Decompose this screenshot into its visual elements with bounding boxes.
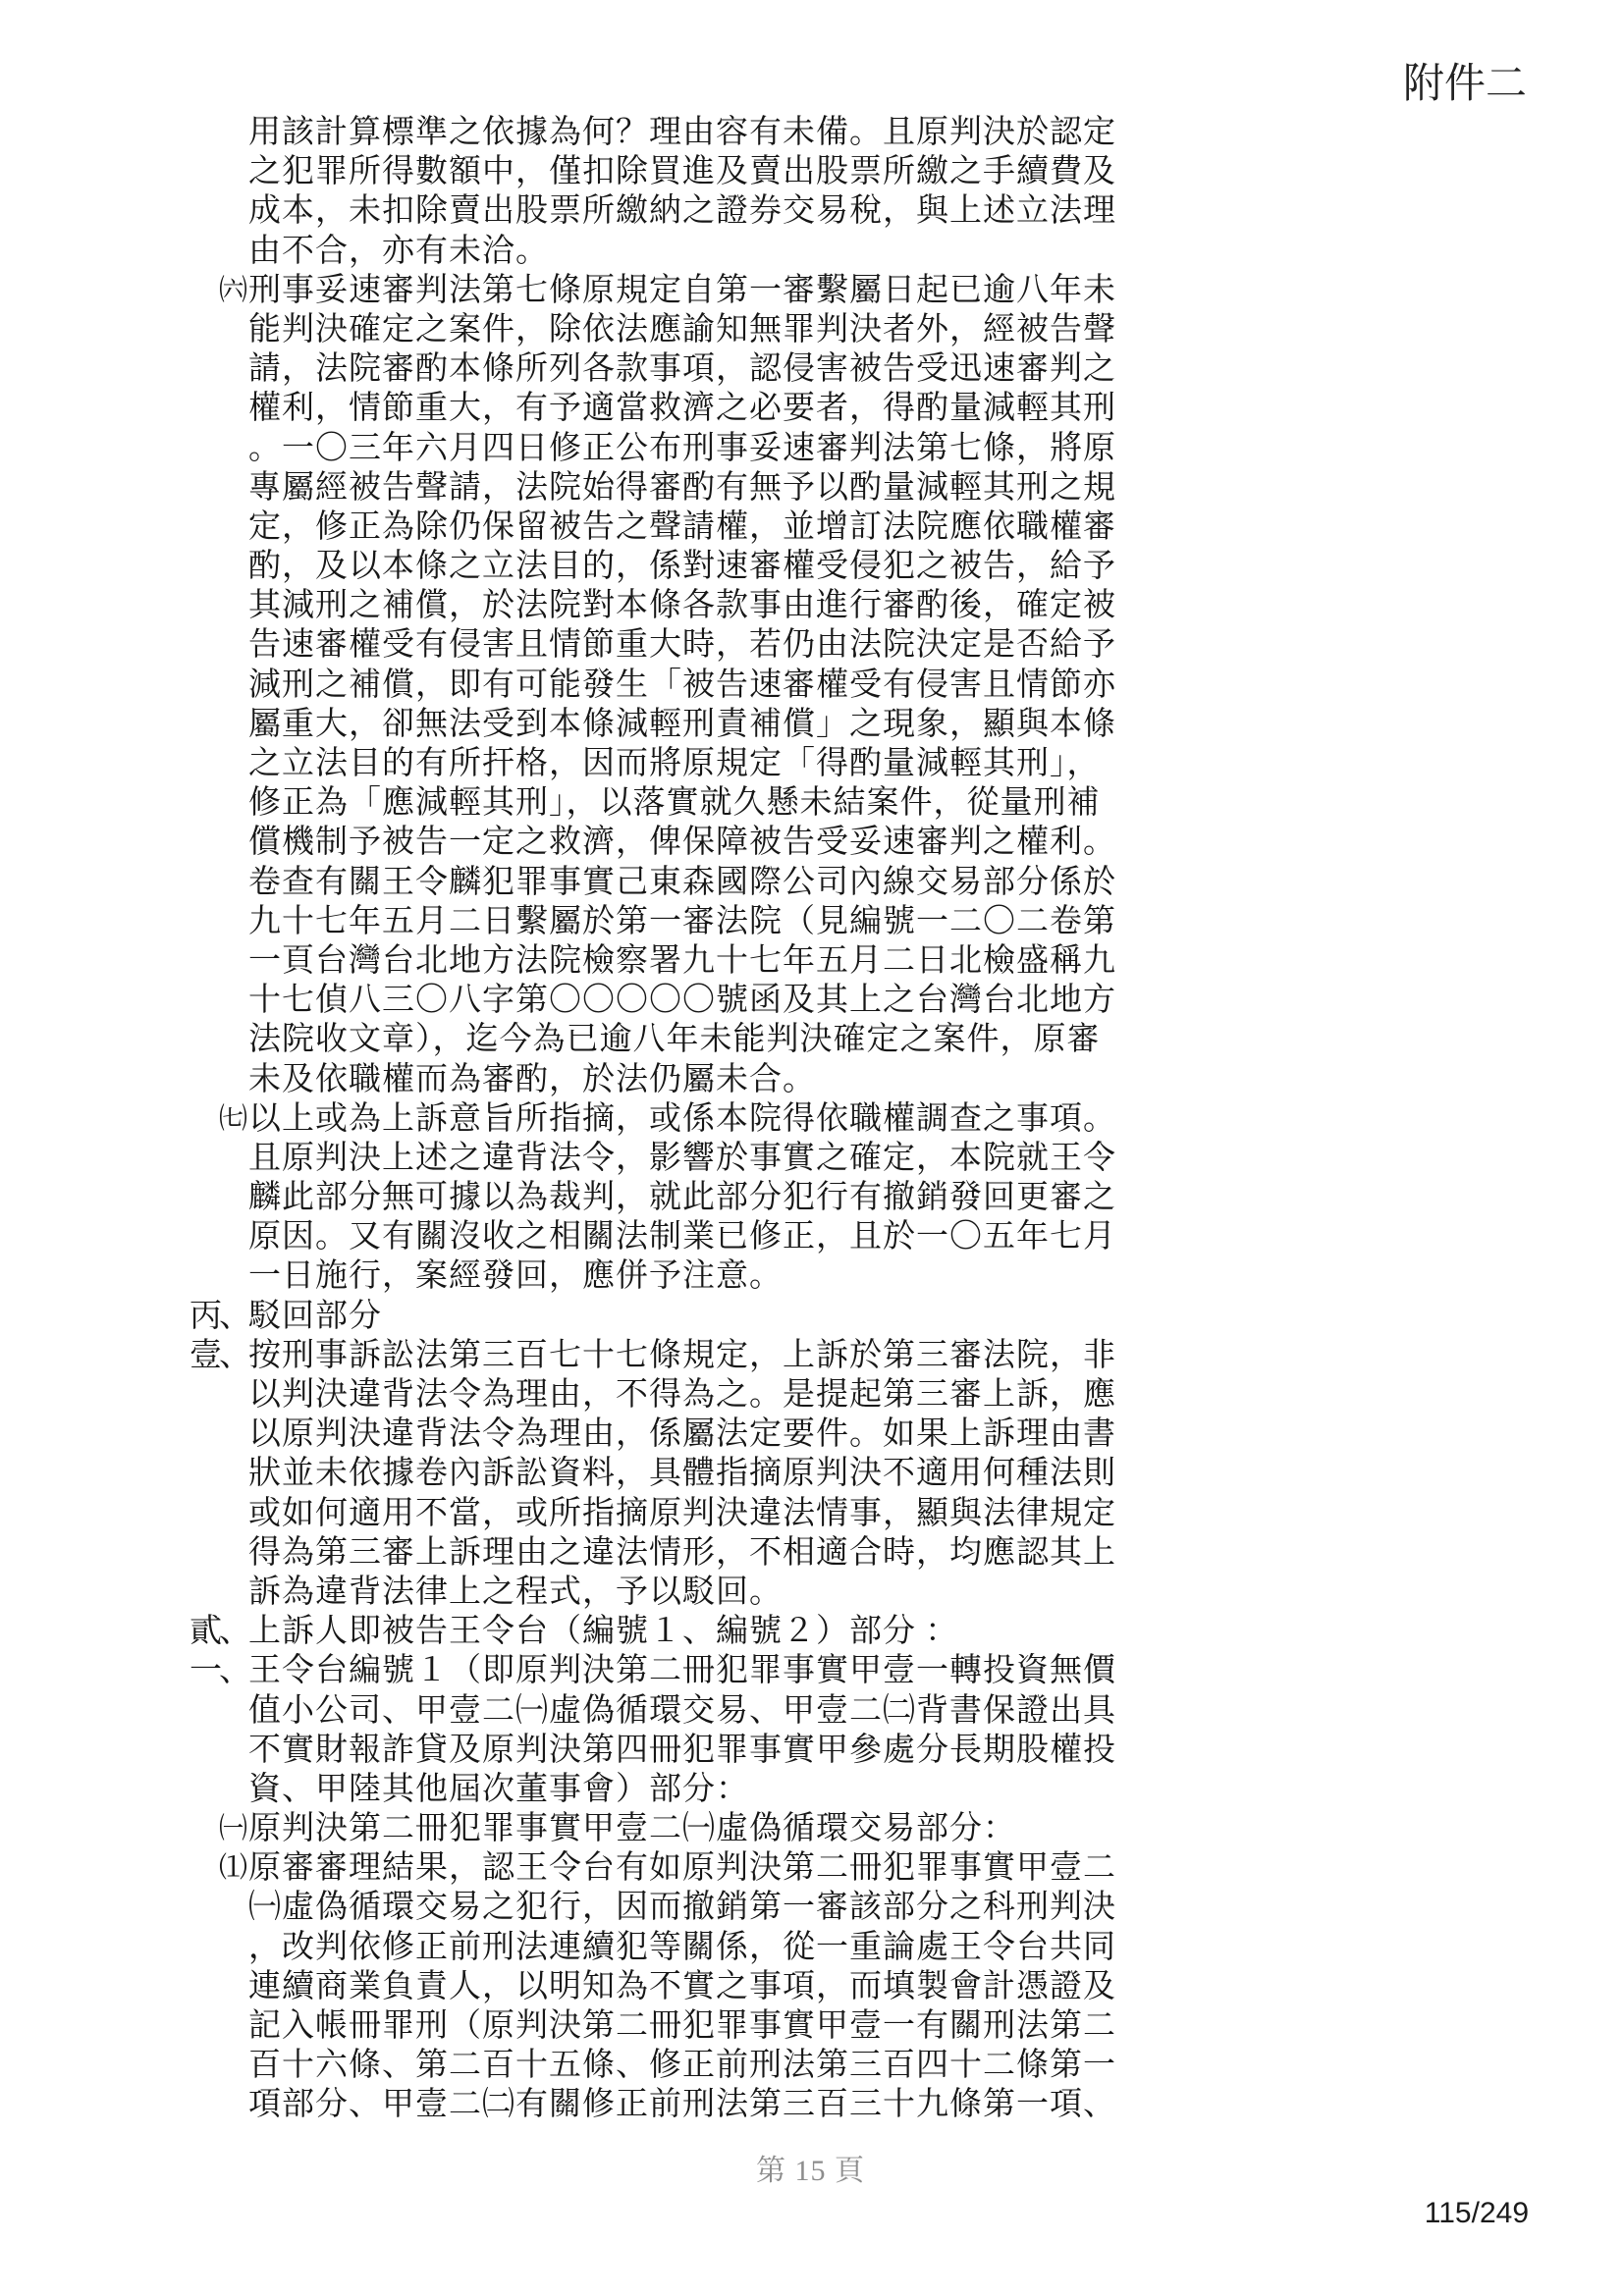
- text-line: 未及依職權而為審酌，於法仍屬未合。: [0, 1060, 1623, 1099]
- text-line: 修正為「應減輕其刑」，以落實就久懸未結案件，從量刑補: [0, 783, 1623, 823]
- text-line: ⑴原審審理結果，認王令台有如原判決第二冊犯罪事實甲壹二: [0, 1848, 1623, 1888]
- line-text: 以上或為上訴意旨所指摘，或係本院得依職權調查之事項。: [248, 1099, 1116, 1139]
- line-text: 用該計算標準之依據為何？理由容有未備。且原判決於認定: [248, 113, 1116, 152]
- line-text: 之立法目的有所扞格，因而將原規定「得酌量減輕其刑」，: [248, 744, 1101, 783]
- line-text: ，改判依修正前刑法連續犯等關係，從一重論處王令台共同: [248, 1928, 1116, 1967]
- text-line: 卷查有關王令麟犯罪事實己東森國際公司內線交易部分係於: [0, 863, 1623, 902]
- list-marker: 丙、: [189, 1297, 248, 1336]
- text-line: ㈥刑事妥速審判法第七條原規定自第一審繫屬日起已逾八年未: [0, 271, 1623, 310]
- text-line: ，改判依修正前刑法連續犯等關係，從一重論處王令台共同: [0, 1928, 1623, 1967]
- text-line: 項部分、甲壹二㈡有關修正前刑法第三百三十九條第一項、: [0, 2085, 1623, 2124]
- line-text: 或如何適用不當，或所指摘原判決違法情事，顯與法律規定: [248, 1494, 1116, 1533]
- list-marker: 貳、: [189, 1612, 248, 1651]
- line-text: 告速審權受有侵害且情節重大時，若仍由法院決定是否給予: [248, 625, 1116, 665]
- line-text: 連續商業負責人，以明知為不實之事項，而填製會計憑證及: [248, 1967, 1116, 2006]
- line-text: 。一〇三年六月四日修正公布刑事妥速審判法第七條，將原: [248, 429, 1116, 468]
- line-text: 一日施行，案經發回，應併予注意。: [248, 1256, 783, 1296]
- line-text: 刑事妥速審判法第七條原規定自第一審繫屬日起已逾八年未: [248, 271, 1116, 310]
- text-line: ㈠原判決第二冊犯罪事實甲壹二㈠虛偽循環交易部分：: [0, 1809, 1623, 1848]
- text-line: 專屬經被告聲請，法院始得審酌有無予以酌量減輕其刑之規: [0, 468, 1623, 507]
- line-text: 訴為違背法律上之程式，予以駁回。: [248, 1573, 783, 1612]
- text-line: 一頁台灣台北地方法院檢察署九十七年五月二日北檢盛稱九: [0, 941, 1623, 981]
- line-text: 專屬經被告聲請，法院始得審酌有無予以酌量減輕其刑之規: [248, 468, 1116, 507]
- text-line: 其減刑之補償，於法院對本條各款事由進行審酌後，確定被: [0, 586, 1623, 625]
- text-line: 償機制予被告一定之救濟，俾保障被告受妥速審判之權利。: [0, 823, 1623, 862]
- line-text: 酌，及以本條之立法目的，係對速審權受侵犯之被告，給予: [248, 547, 1116, 586]
- line-text: 能判決確定之案件，除依法應諭知無罪判決者外，經被告聲: [248, 310, 1116, 349]
- line-text: 十七偵八三〇八字第〇〇〇〇〇號函及其上之台灣台北地方: [248, 981, 1116, 1020]
- line-text: 且原判決上述之違背法令，影響於事實之確定，本院就王令: [248, 1139, 1116, 1178]
- text-line: 。一〇三年六月四日修正公布刑事妥速審判法第七條，將原: [0, 429, 1623, 468]
- line-text: 上訴人即被告王令台（編號１、編號２）部分 ：: [248, 1612, 958, 1651]
- line-text: 值小公司、甲壹二㈠虛偽循環交易、甲壹二㈡背書保證出具: [248, 1691, 1116, 1731]
- attachment-label: 附件二: [1403, 51, 1527, 110]
- line-text: 定，修正為除仍保留被告之聲請權，並增訂法院應依職權審: [248, 507, 1116, 547]
- text-line: 屬重大，卻無法受到本條減輕刑責補償」之現象，顯與本條: [0, 705, 1623, 744]
- line-text: 記入帳冊罪刑（原判決第二冊犯罪事實甲壹一有關刑法第二: [248, 2006, 1116, 2046]
- text-line: 酌，及以本條之立法目的，係對速審權受侵犯之被告，給予: [0, 547, 1623, 586]
- sheet-number: 115/249: [1425, 2197, 1529, 2230]
- line-text: 原判決第二冊犯罪事實甲壹二㈠虛偽循環交易部分：: [248, 1809, 1016, 1848]
- text-line: 麟此部分無可據以為裁判，就此部分犯行有撤銷發回更審之: [0, 1178, 1623, 1217]
- line-text: 其減刑之補償，於法院對本條各款事由進行審酌後，確定被: [248, 586, 1116, 625]
- line-text: 修正為「應減輕其刑」，以落實就久懸未結案件，從量刑補: [248, 783, 1101, 823]
- line-text: 資、甲陸其他屆次董事會）部分：: [248, 1770, 749, 1809]
- text-line: 訴為違背法律上之程式，予以駁回。: [0, 1573, 1623, 1612]
- text-line: 之立法目的有所扞格，因而將原規定「得酌量減輕其刑」，: [0, 744, 1623, 783]
- line-text: 百十六條、第二百十五條、修正前刑法第三百四十二條第一: [248, 2046, 1116, 2085]
- line-text: 麟此部分無可據以為裁判，就此部分犯行有撤銷發回更審之: [248, 1178, 1116, 1217]
- text-line: 法院收文章），迄今為已逾八年未能判決確定之案件，原審: [0, 1020, 1623, 1059]
- text-line: 請，法院審酌本條所列各款事項，認侵害被告受迅速審判之: [0, 349, 1623, 389]
- text-line: 能判決確定之案件，除依法應諭知無罪判決者外，經被告聲: [0, 310, 1623, 349]
- line-text: 未及依職權而為審酌，於法仍屬未合。: [248, 1060, 816, 1099]
- text-line: 且原判決上述之違背法令，影響於事實之確定，本院就王令: [0, 1139, 1623, 1178]
- text-line: 丙、駁回部分: [0, 1297, 1623, 1336]
- line-text: ㈠虛偽循環交易之犯行，因而撤銷第一審該部分之科刑判決: [248, 1888, 1116, 1927]
- text-line: 狀並未依據卷內訴訟資料，具體指摘原判決不適用何種法則: [0, 1454, 1623, 1493]
- text-line: 由不合，亦有未洽。: [0, 232, 1623, 271]
- line-text: 法院收文章），迄今為已逾八年未能判決確定之案件，原審: [248, 1020, 1101, 1059]
- text-line: 用該計算標準之依據為何？理由容有未備。且原判決於認定: [0, 113, 1623, 152]
- text-line: 不實財報詐貸及原判決第四冊犯罪事實甲參處分長期股權投: [0, 1731, 1623, 1770]
- text-line: 之犯罪所得數額中，僅扣除買進及賣出股票所繳之手續費及: [0, 152, 1623, 191]
- legal-document-page: 附件二 用該計算標準之依據為何？理由容有未備。且原判決於認定之犯罪所得數額中，僅…: [0, 0, 1623, 2296]
- line-text: 屬重大，卻無法受到本條減輕刑責補償」之現象，顯與本條: [248, 705, 1116, 744]
- text-line: 以判決違背法令為理由，不得為之。是提起第三審上訴，應: [0, 1375, 1623, 1415]
- text-line: 值小公司、甲壹二㈠虛偽循環交易、甲壹二㈡背書保證出具: [0, 1691, 1623, 1731]
- list-marker: ㈠: [219, 1809, 248, 1848]
- text-line: 記入帳冊罪刑（原判決第二冊犯罪事實甲壹一有關刑法第二: [0, 2006, 1623, 2046]
- line-text: 王令台編號１（即原判決第二冊犯罪事實甲壹一轉投資無價: [248, 1651, 1116, 1690]
- line-text: 得為第三審上訴理由之違法情形，不相適合時，均應認其上: [248, 1533, 1116, 1573]
- page-number-label: 第 15 頁: [756, 2146, 865, 2189]
- line-text: 以判決違背法令為理由，不得為之。是提起第三審上訴，應: [248, 1375, 1116, 1415]
- line-text: 成本，未扣除賣出股票所繳納之證券交易稅，與上述立法理: [248, 191, 1116, 231]
- text-line: 成本，未扣除賣出股票所繳納之證券交易稅，與上述立法理: [0, 191, 1623, 231]
- list-marker: ㈦: [219, 1099, 248, 1139]
- text-line: ㈦以上或為上訴意旨所指摘，或係本院得依職權調查之事項。: [0, 1099, 1623, 1139]
- line-text: 以原判決違背法令為理由，係屬法定要件。如果上訴理由書: [248, 1415, 1116, 1454]
- text-line: 以原判決違背法令為理由，係屬法定要件。如果上訴理由書: [0, 1415, 1623, 1454]
- line-text: 權利，情節重大，有予適當救濟之必要者，得酌量減輕其刑: [248, 389, 1116, 428]
- text-line: 一、王令台編號１（即原判決第二冊犯罪事實甲壹一轉投資無價: [0, 1651, 1623, 1690]
- line-text: 一頁台灣台北地方法院檢察署九十七年五月二日北檢盛稱九: [248, 941, 1116, 981]
- list-marker: 壹、: [189, 1336, 248, 1375]
- text-line: 或如何適用不當，或所指摘原判決違法情事，顯與法律規定: [0, 1494, 1623, 1533]
- text-line: 定，修正為除仍保留被告之聲請權，並增訂法院應依職權審: [0, 507, 1623, 547]
- line-text: 不實財報詐貸及原判決第四冊犯罪事實甲參處分長期股權投: [248, 1731, 1116, 1770]
- text-line: 減刑之補償，即有可能發生「被告速審權受有侵害且情節亦: [0, 666, 1623, 705]
- line-text: 按刑事訴訟法第三百七十七條規定，上訴於第三審法院，非: [248, 1336, 1116, 1375]
- line-text: 九十七年五月二日繫屬於第一審法院（見編號一二〇二卷第: [248, 902, 1116, 941]
- text-line: 連續商業負責人，以明知為不實之事項，而填製會計憑證及: [0, 1967, 1623, 2006]
- line-text: 減刑之補償，即有可能發生「被告速審權受有侵害且情節亦: [248, 666, 1116, 705]
- text-line: 原因。又有關沒收之相關法制業已修正，且於一〇五年七月: [0, 1217, 1623, 1256]
- text-line: 十七偵八三〇八字第〇〇〇〇〇號函及其上之台灣台北地方: [0, 981, 1623, 1020]
- list-marker: ⑴: [219, 1848, 248, 1888]
- line-text: 原審審理結果，認王令台有如原判決第二冊犯罪事實甲壹二: [248, 1848, 1116, 1888]
- line-text: 狀並未依據卷內訴訟資料，具體指摘原判決不適用何種法則: [248, 1454, 1116, 1493]
- text-line: 貳、上訴人即被告王令台（編號１、編號２）部分 ：: [0, 1612, 1623, 1651]
- line-text: 駁回部分: [248, 1297, 382, 1336]
- text-line: 一日施行，案經發回，應併予注意。: [0, 1256, 1623, 1296]
- text-line: ㈠虛偽循環交易之犯行，因而撤銷第一審該部分之科刑判決: [0, 1888, 1623, 1927]
- text-line: 得為第三審上訴理由之違法情形，不相適合時，均應認其上: [0, 1533, 1623, 1573]
- list-marker: ㈥: [219, 271, 248, 310]
- line-text: 請，法院審酌本條所列各款事項，認侵害被告受迅速審判之: [248, 349, 1116, 389]
- line-text: 償機制予被告一定之救濟，俾保障被告受妥速審判之權利。: [248, 823, 1116, 862]
- text-line: 權利，情節重大，有予適當救濟之必要者，得酌量減輕其刑: [0, 389, 1623, 428]
- text-line: 百十六條、第二百十五條、修正前刑法第三百四十二條第一: [0, 2046, 1623, 2085]
- document-body: 用該計算標準之依據為何？理由容有未備。且原判決於認定之犯罪所得數額中，僅扣除買進…: [0, 113, 1623, 2125]
- text-line: 壹、按刑事訴訟法第三百七十七條規定，上訴於第三審法院，非: [0, 1336, 1623, 1375]
- line-text: 由不合，亦有未洽。: [248, 232, 549, 271]
- list-marker: 一、: [189, 1651, 248, 1690]
- text-line: 告速審權受有侵害且情節重大時，若仍由法院決定是否給予: [0, 625, 1623, 665]
- text-line: 資、甲陸其他屆次董事會）部分：: [0, 1770, 1623, 1809]
- line-text: 卷查有關王令麟犯罪事實己東森國際公司內線交易部分係於: [248, 863, 1116, 902]
- text-line: 九十七年五月二日繫屬於第一審法院（見編號一二〇二卷第: [0, 902, 1623, 941]
- line-text: 原因。又有關沒收之相關法制業已修正，且於一〇五年七月: [248, 1217, 1116, 1256]
- line-text: 項部分、甲壹二㈡有關修正前刑法第三百三十九條第一項、: [248, 2085, 1116, 2124]
- line-text: 之犯罪所得數額中，僅扣除買進及賣出股票所繳之手續費及: [248, 152, 1116, 191]
